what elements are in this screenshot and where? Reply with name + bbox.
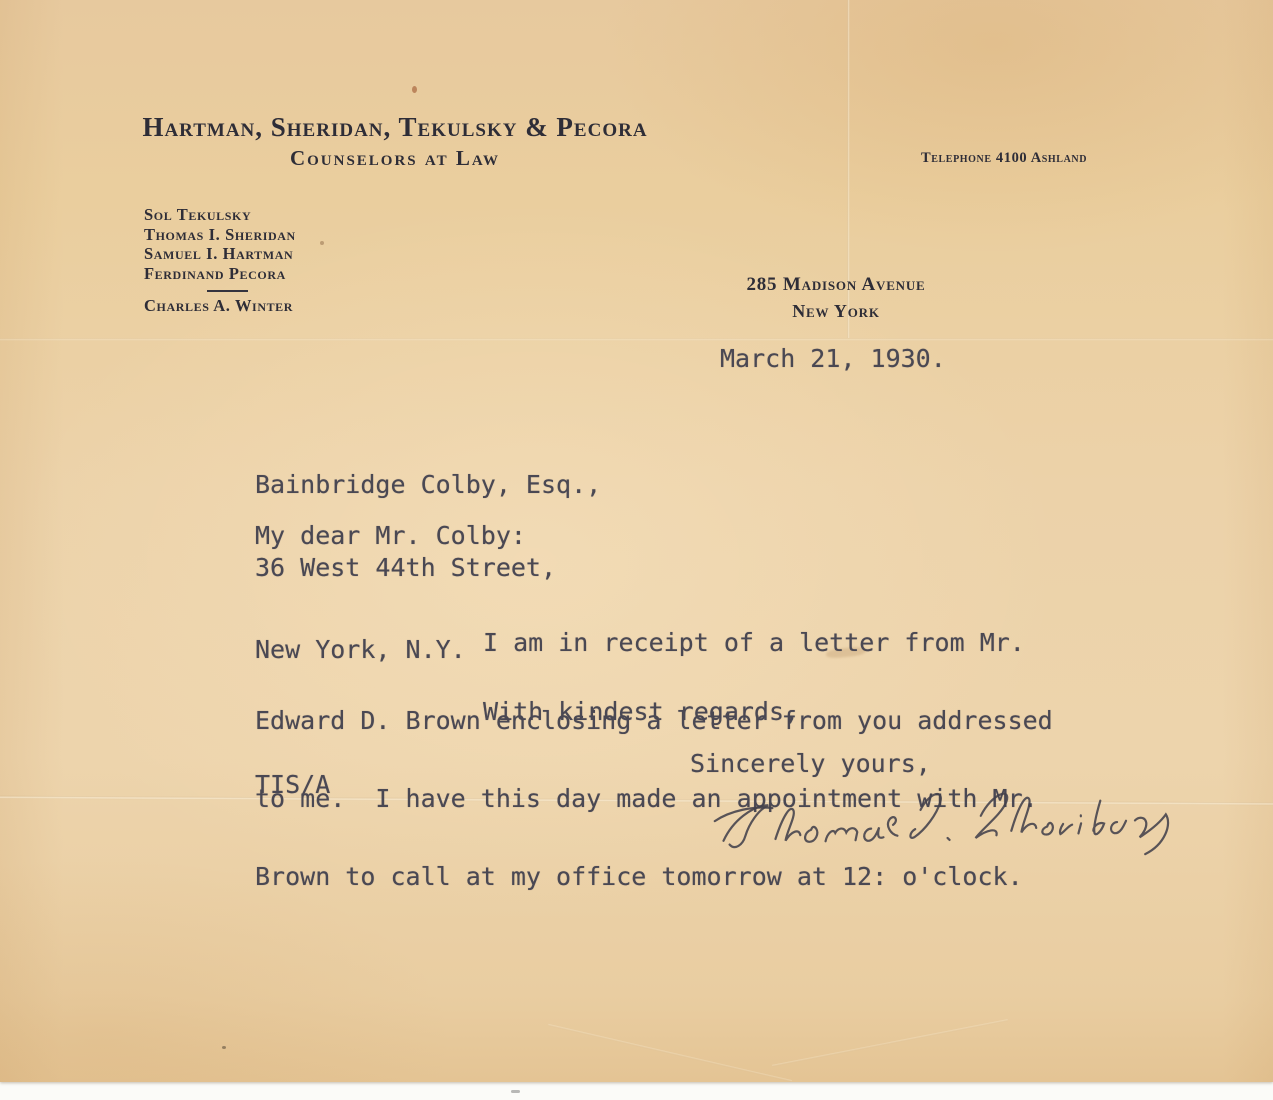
letter-paper: Hartman, Sheridan, Tekulsky & Pecora Cou… bbox=[0, 0, 1273, 1082]
paper-speck bbox=[412, 86, 417, 93]
firm-subtitle: Counselors at Law bbox=[0, 146, 790, 171]
partners-divider-rule bbox=[207, 290, 248, 292]
partner-name: Sol Tekulsky bbox=[144, 205, 296, 225]
bottom-crease-left bbox=[548, 1024, 792, 1082]
associate-name: Charles A. Winter bbox=[144, 296, 293, 316]
date-line: March 21, 1930. bbox=[720, 344, 946, 373]
bottom-crease-right bbox=[772, 1019, 1008, 1067]
partner-name: Thomas I. Sheridan bbox=[144, 225, 296, 245]
partner-name: Ferdinand Pecora bbox=[144, 264, 296, 284]
firm-name: Hartman, Sheridan, Tekulsky & Pecora bbox=[0, 112, 790, 143]
horizontal-fold-crease-upper bbox=[0, 338, 1273, 341]
paper-speck bbox=[320, 241, 324, 245]
salutation: My dear Mr. Colby: bbox=[255, 521, 526, 550]
closing-signoff: Sincerely yours, bbox=[690, 749, 931, 778]
address-line-2: New York bbox=[698, 301, 974, 322]
recipient-line: 36 West 44th Street, bbox=[255, 554, 601, 582]
scanned-letter-canvas: Hartman, Sheridan, Tekulsky & Pecora Cou… bbox=[0, 0, 1273, 1100]
handwritten-signature bbox=[702, 771, 1193, 876]
paper-speck bbox=[222, 1046, 226, 1049]
closing-regards: With kindest regards, bbox=[483, 697, 799, 726]
signature-svg bbox=[702, 771, 1193, 876]
partners-list: Sol Tekulsky Thomas I. Sheridan Samuel I… bbox=[144, 205, 296, 283]
body-paragraph: I am in receipt of a letter from Mr. Edw… bbox=[255, 578, 1053, 942]
office-address: 285 Madison Avenue New York bbox=[698, 274, 974, 322]
address-line-1: 285 Madison Avenue bbox=[698, 274, 974, 296]
body-line: Brown to call at my office tomorrow at 1… bbox=[255, 864, 1053, 890]
partner-name: Samuel I. Hartman bbox=[144, 244, 296, 264]
telephone-line: Telephone 4100 Ashland bbox=[921, 150, 1087, 167]
typist-initials: TIS/A bbox=[255, 770, 330, 799]
recipient-line: Bainbridge Colby, Esq., bbox=[255, 471, 601, 499]
scanner-strip-mark bbox=[511, 1090, 520, 1093]
body-line: I am in receipt of a letter from Mr. bbox=[255, 630, 1053, 656]
